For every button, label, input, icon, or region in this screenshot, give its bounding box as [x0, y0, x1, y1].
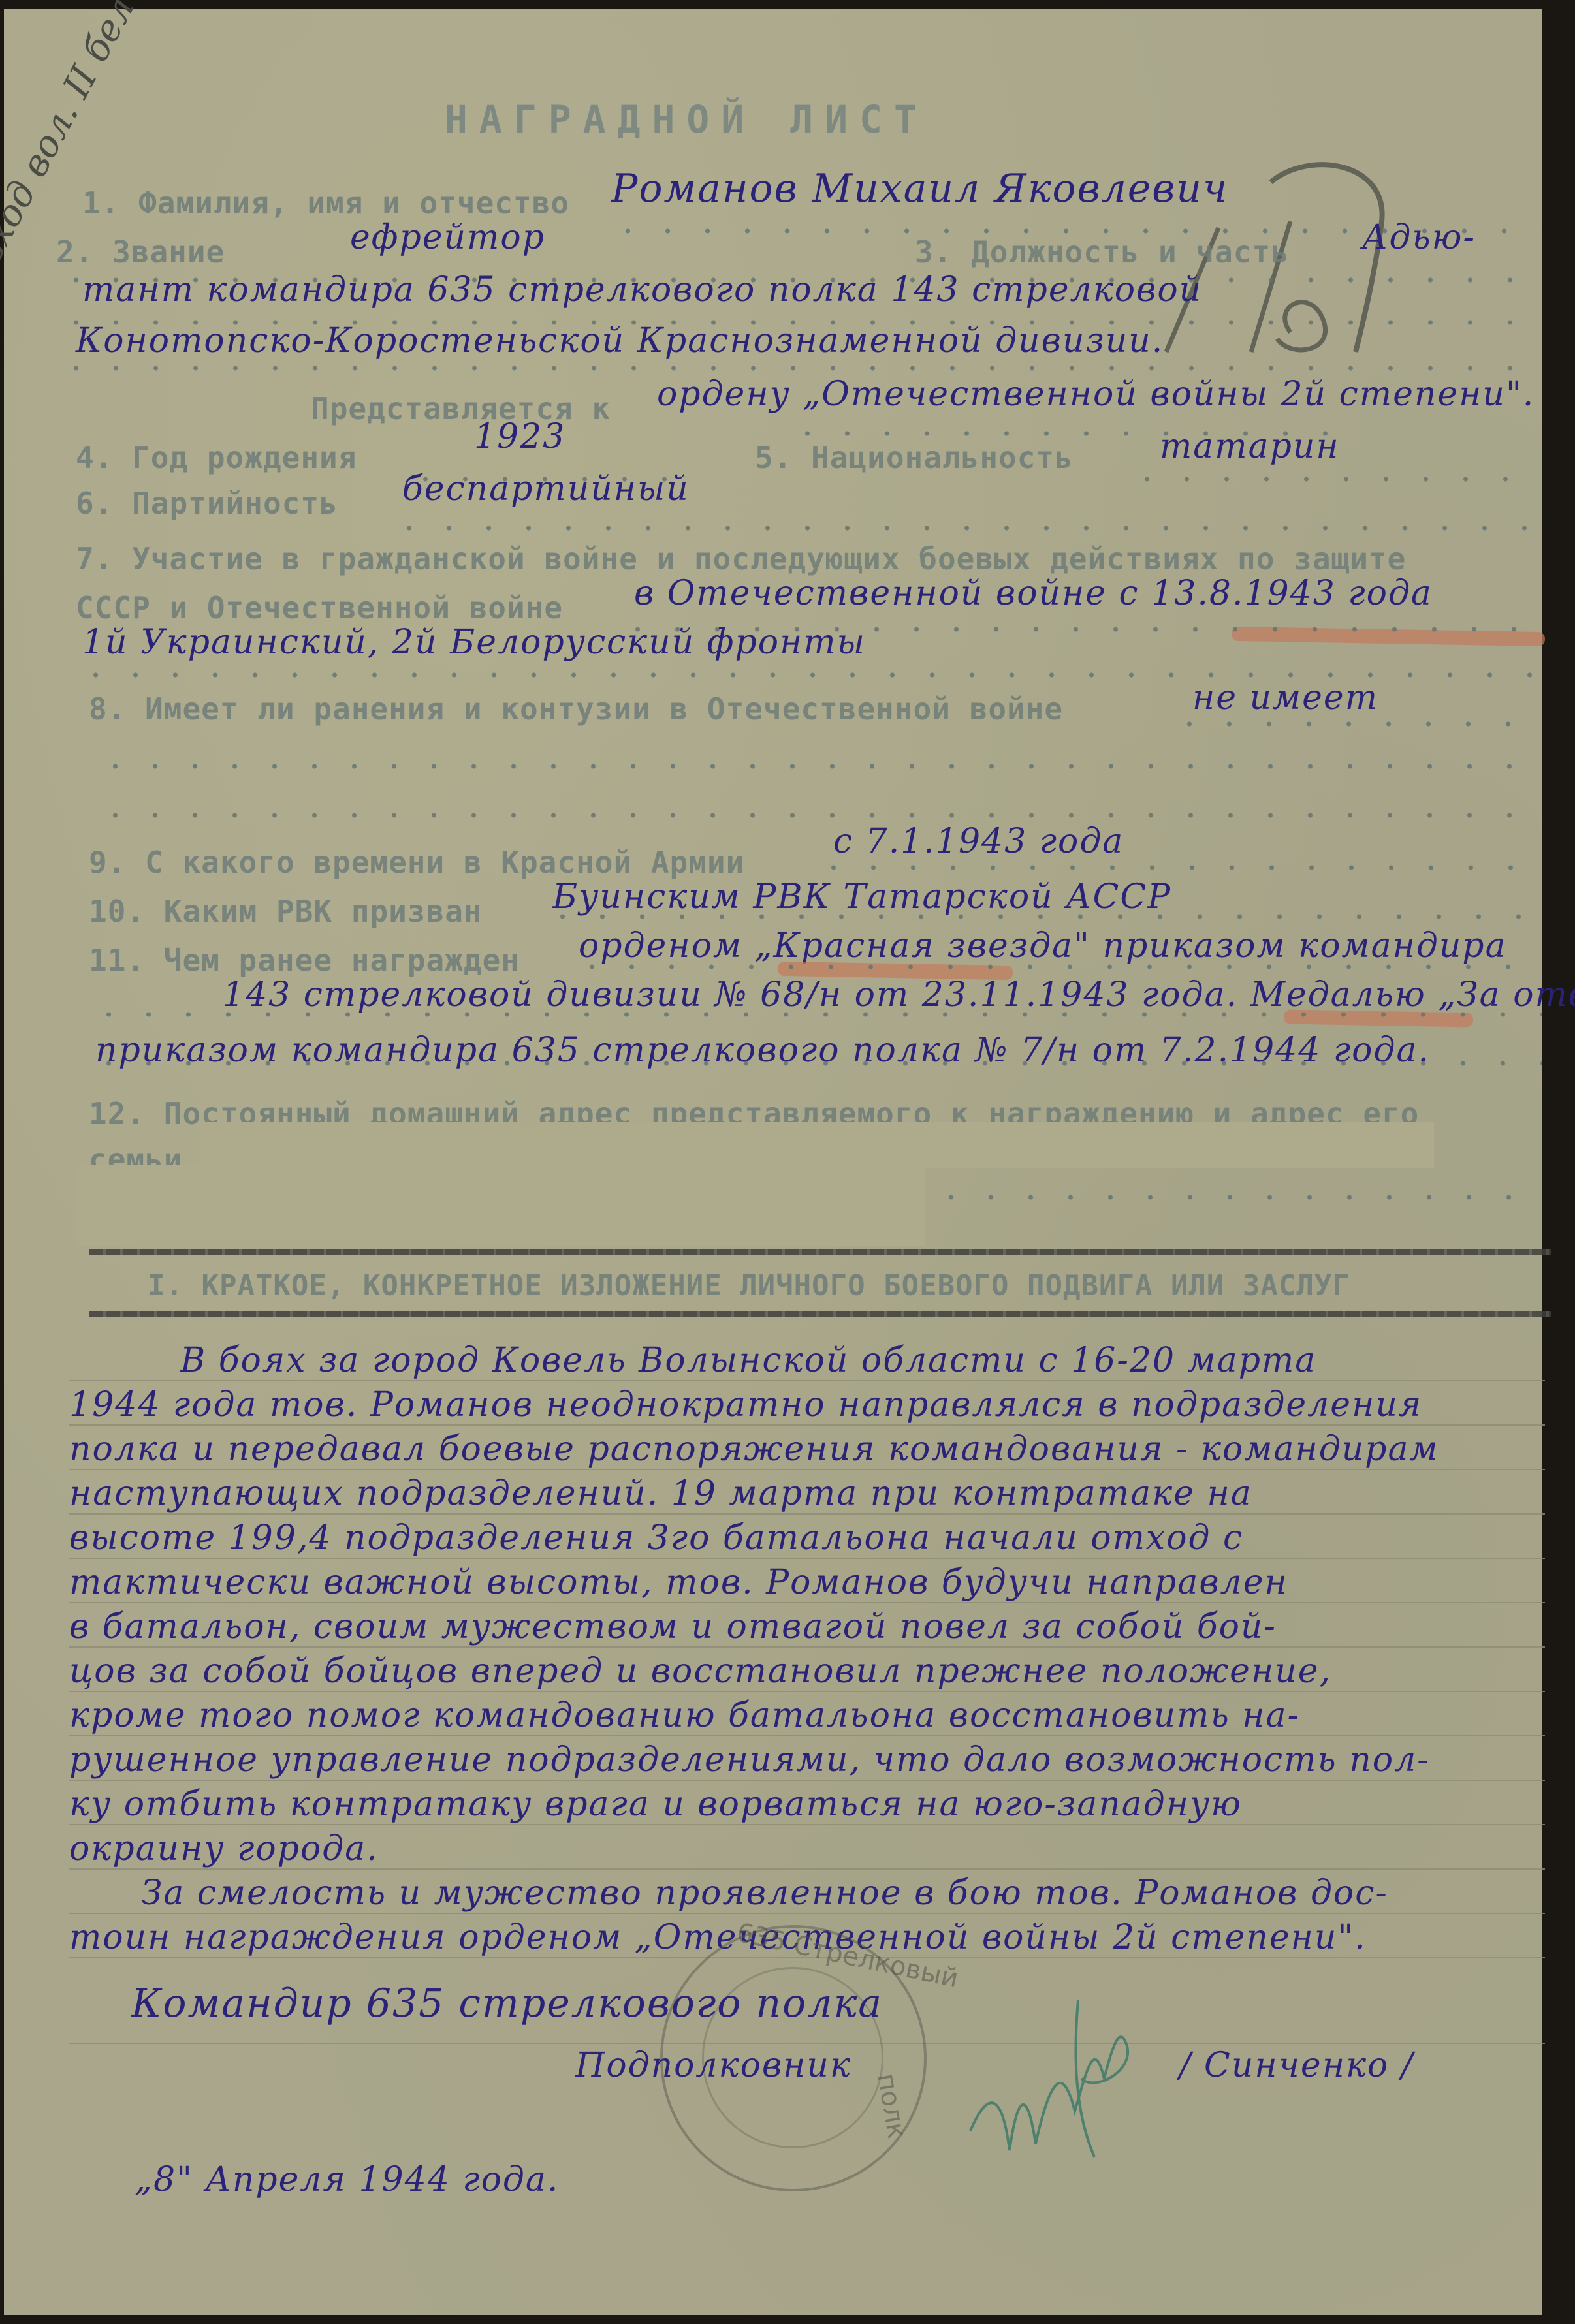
narrative-line: За смелость и мужество проявленное в бою…	[141, 1874, 1388, 1913]
narrative-line: высоте 199,4 подразделения 3го батальона…	[69, 1518, 1243, 1558]
redacted-address	[200, 1122, 1434, 1168]
dotted-line	[1169, 721, 1542, 727]
narrative-line: полка и передавал боевые распоряжения ко…	[69, 1430, 1439, 1469]
narrative-line: наступающих подразделений. 19 марта при …	[69, 1474, 1252, 1513]
ruled-line	[69, 1380, 1545, 1381]
field-9-label: 9. С какого времени в Красной Армии	[89, 845, 744, 880]
dotted-line	[56, 365, 1542, 371]
field-11-label: 11. Чем ранее награжден	[89, 943, 520, 978]
dotted-line	[95, 812, 1542, 819]
ruled-line	[69, 1913, 1545, 1914]
field-6-value: беспартийный	[402, 469, 690, 509]
document-title: НАГРАДНОЙ ЛИСТ	[445, 97, 929, 142]
dotted-line	[95, 763, 1542, 770]
award-sheet-page: вход вол. II бел НАГРАДНОЙ ЛИСТ 1. Фамил…	[4, 9, 1542, 2315]
dotted-line	[543, 913, 1542, 920]
field-7-label-line1: 7. Участие в гражданской войне и последу…	[76, 541, 1406, 576]
signer-rank: Подполковник	[575, 2046, 851, 2085]
field-10-label: 10. Каким РВК призван	[89, 894, 483, 929]
ruled-line	[69, 1868, 1545, 1870]
ruled-line	[69, 1780, 1545, 1781]
field-3-value-line3: Конотопско-Коростеньской Краснознаменной…	[76, 321, 1164, 360]
dotted-line	[572, 964, 1542, 970]
narrative-line: кроме того помог командованию батальона …	[69, 1696, 1300, 1735]
dotted-line	[89, 1011, 1542, 1018]
field-3-value-line2: тант командира 635 стрелкового полка 143…	[82, 270, 1202, 309]
narrative-line: В боях за город Ковель Волынской области…	[180, 1341, 1316, 1380]
field-3-label: 3. Должность и часть	[915, 234, 1290, 270]
field-4-value: 1923	[474, 417, 565, 456]
field-1-label: 1. Фамилия, имя и отчество	[82, 185, 569, 221]
section-1-header: I. КРАТКОЕ, КОНКРЕТНОЕ ИЗЛОЖЕНИЕ ЛИЧНОГО…	[148, 1269, 1350, 1302]
field-6-label: 6. Партийность	[76, 486, 338, 521]
presented-value: ордену „Отечественной войны 2й степени".	[657, 375, 1535, 414]
field-5-value: татарин	[1160, 427, 1340, 466]
ruled-line	[69, 1602, 1545, 1603]
signer-position: Командир 635 стрелкового полка	[131, 1981, 883, 2026]
field-8-label: 8. Имеет ли ранения и контузии в Отечест…	[89, 691, 1063, 727]
dotted-line	[389, 525, 1542, 531]
margin-annotation: вход вол. II бел	[0, 0, 143, 271]
field-7-value-line2: 1й Украинский, 2й Белорусский фронты	[82, 623, 866, 662]
section-rule-bottom	[89, 1311, 1551, 1317]
redacted-address	[76, 1165, 925, 1246]
ruled-line	[69, 1735, 1545, 1736]
field-2-label: 2. Звание	[56, 234, 225, 270]
ruled-line	[69, 1691, 1545, 1692]
ruled-line	[69, 1646, 1545, 1648]
field-2-value: ефрейтор	[350, 218, 545, 257]
signature-scribble	[964, 2000, 1173, 2163]
narrative-line: окраину города.	[69, 1829, 379, 1868]
narrative-line: цов за собой бойцов вперед и восстановил…	[69, 1652, 1331, 1691]
dotted-line	[89, 1060, 1542, 1067]
field-8-value: не имеет	[1192, 678, 1378, 717]
dotted-line	[931, 1194, 1542, 1201]
narrative-line: в батальон, своим мужеством и отвагой по…	[69, 1607, 1277, 1646]
field-3-value-line1: Адью-	[1362, 218, 1476, 257]
field-11-value-line1: орденом „Красная звезда" приказом команд…	[579, 926, 1507, 966]
section-rule-top	[89, 1249, 1551, 1255]
field-10-value: Буинским РВК Татарской АССР	[552, 877, 1171, 917]
ruled-line	[69, 1558, 1545, 1559]
field-1-value: Романов Михаил Яковлевич	[611, 166, 1228, 212]
field-7-label-line2: СССР и Отечественной войне	[76, 590, 563, 625]
signer-name: / Синченко /	[1179, 2046, 1414, 2085]
narrative-line: тактически важной высоты, тов. Романов б…	[69, 1563, 1288, 1602]
field-4-label: 4. Год рождения	[76, 440, 357, 475]
narrative-line: ку отбить контратаку врага и ворваться н…	[69, 1785, 1242, 1824]
ruled-line	[69, 1469, 1545, 1470]
ruled-line	[69, 1424, 1545, 1426]
ruled-line	[69, 1824, 1545, 1825]
field-11-value-line2: 143 стрелковой дивизии № 68/н от 23.11.1…	[223, 975, 1575, 1014]
dotted-line	[76, 672, 1542, 678]
dotted-line	[814, 864, 1542, 871]
signature-date: „8" Апреля 1944 года.	[135, 2160, 559, 2199]
field-7-value-line1: в Отечественной войне с 13.8.1943 года	[634, 574, 1433, 613]
field-5-label: 5. Национальность	[755, 440, 1074, 475]
narrative-line: 1944 года тов. Романов неоднократно напр…	[69, 1385, 1422, 1424]
stamp-text-side: полк	[871, 2071, 912, 2141]
ruled-line	[69, 1513, 1545, 1515]
narrative-line: рушенное управление подразделениями, что…	[69, 1740, 1430, 1780]
dotted-line	[1127, 476, 1538, 482]
field-9-value: с 7.1.1943 года	[833, 822, 1124, 861]
